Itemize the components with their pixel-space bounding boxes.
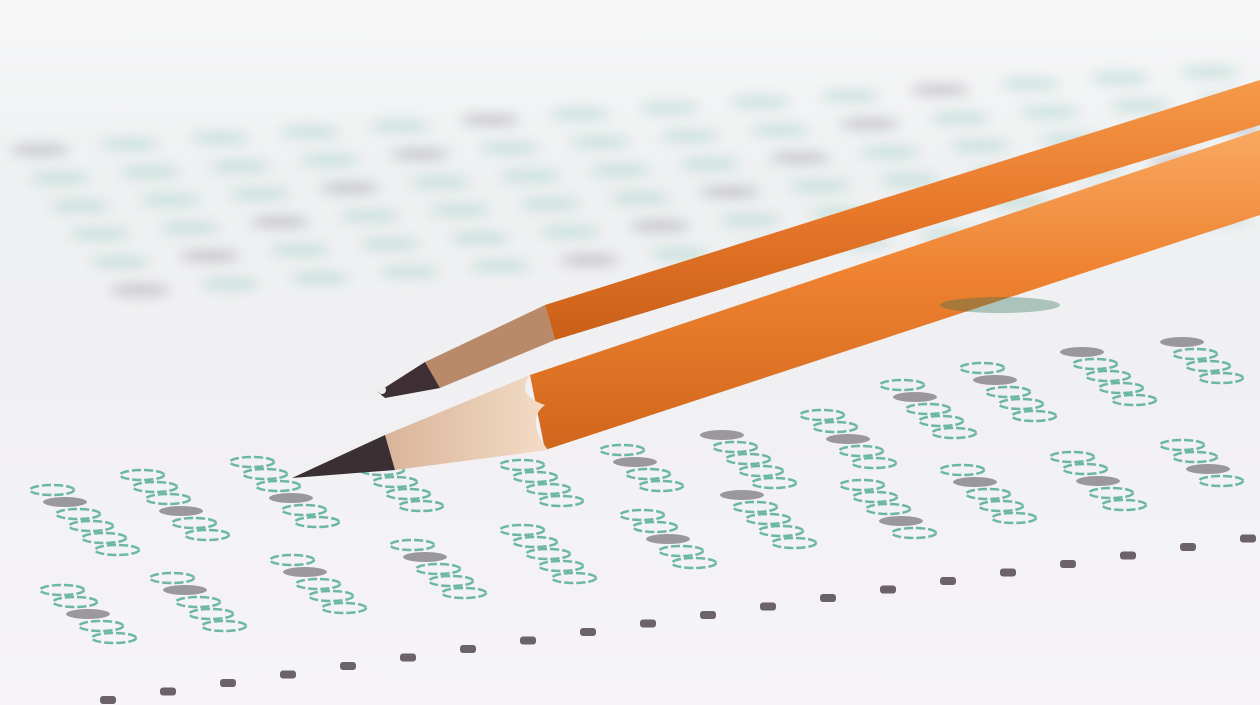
photo-scene: [0, 0, 1260, 705]
pencil-front: [292, 130, 1260, 478]
pencils: [0, 0, 1260, 705]
